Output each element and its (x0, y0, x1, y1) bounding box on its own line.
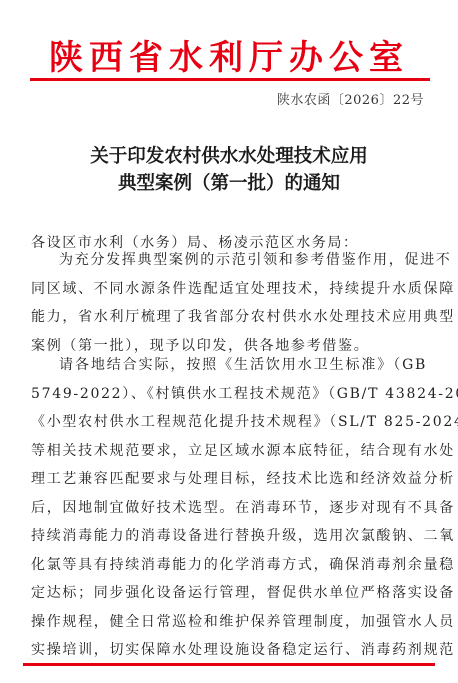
paragraph-line: 《小型农村供水工程规范化提升技术规程》（SL/T 825-2024） (31, 408, 427, 437)
paragraph-line: 后，因地制宜做好技术选型。在消毒环节，逐步对现有不具备 (31, 494, 427, 523)
paragraph-line: 实操培训，切实保障水处理设施设备稳定运行、消毒药剂规范 (31, 636, 427, 665)
body-paragraph-1: 为充分发挥典型案例的示范引领和参考借鉴作用，促进不 同区域、不同水源条件选配适宜… (31, 246, 427, 360)
paragraph-line: 同区域、不同水源条件选配适宜处理技术，持续提升水质保障 (31, 275, 427, 304)
paragraph-line: 理工艺兼容匹配要求与处理目标，经技术比选和经济效益分析 (31, 465, 427, 494)
paragraph-line: 为充分发挥典型案例的示范引领和参考借鉴作用，促进不 (31, 246, 427, 275)
masthead-red-rule (30, 78, 430, 81)
paragraph-line: 等相关技术规范要求，立足区域水源本底特征，结合现有水处 (31, 437, 427, 466)
document-number: 陕水农函〔2026〕22号 (277, 89, 424, 108)
body-paragraph-2: 请各地结合实际，按照《生活饮用水卫生标准》（GB 5749-2022）、《村镇供… (31, 351, 427, 665)
paragraph-line: 持续消毒能力的消毒设备进行替换升级，选用次氯酸钠、二氧 (31, 522, 427, 551)
masthead-agency: 陕西省水利厅办公室 (0, 38, 458, 78)
paragraph-line: 化氯等具有持续消毒能力的化学消毒方式，确保消毒剂余量稳 (31, 551, 427, 580)
paragraph-line: 操作规程，健全日常巡检和维护保养管理制度，加强管水人员 (31, 608, 427, 637)
document-title-line-2: 典型案例（第一批）的通知 (0, 170, 458, 197)
document-title-line-1: 关于印发农村供水水处理技术应用 (0, 143, 458, 170)
paragraph-line: 能力，省水利厅梳理了我省部分农村供水水处理技术应用典型 (31, 303, 427, 332)
footer-red-rule (23, 663, 435, 666)
paragraph-line: 请各地结合实际，按照《生活饮用水卫生标准》（GB (31, 351, 427, 380)
paragraph-line: 5749-2022）、《村镇供水工程技术规范》（GB/T 43824-2024）… (31, 380, 427, 409)
paragraph-line: 定达标；同步强化设备运行管理，督促供水单位严格落实设备 (31, 579, 427, 608)
